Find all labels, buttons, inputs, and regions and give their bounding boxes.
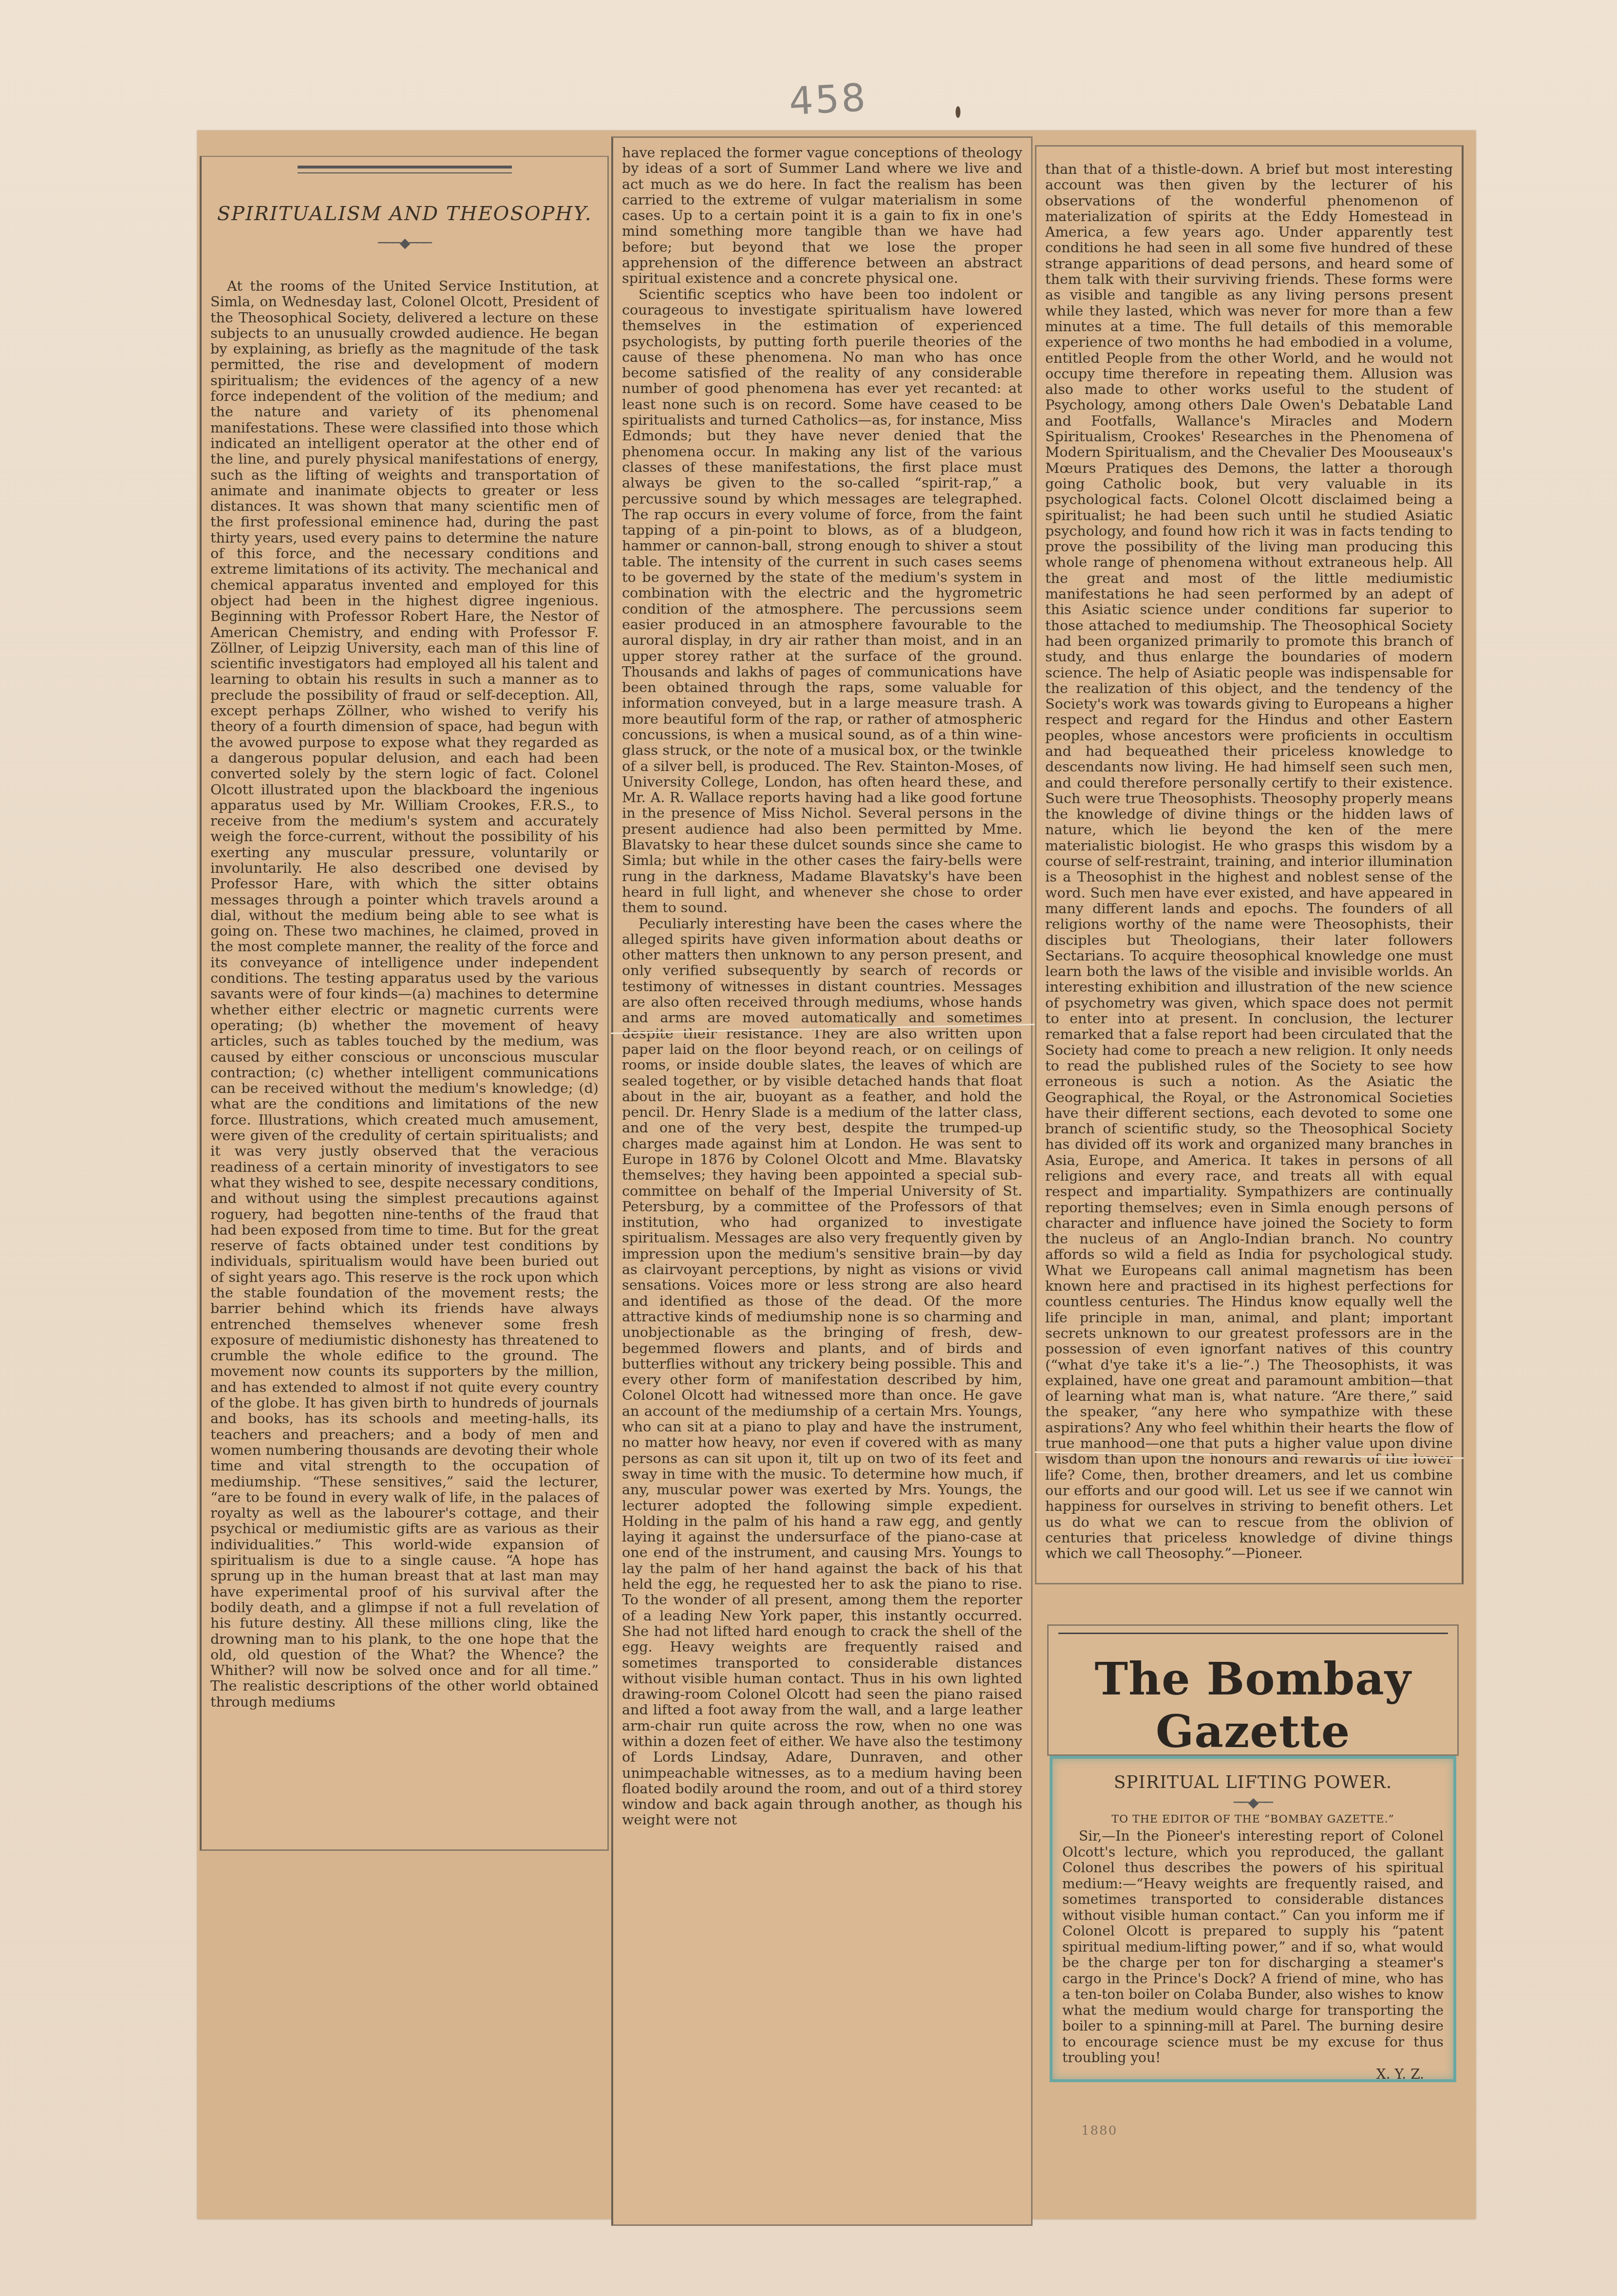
- faded-stamp: 1880: [1081, 2124, 1117, 2138]
- article-column-1: SPIRITUALISM AND THEOSOPHY. ───◆─── At t…: [200, 156, 609, 1851]
- paragraph: Scientific sceptics who have been too in…: [622, 286, 1022, 916]
- article-column-2: have replaced the former vague conceptio…: [611, 136, 1033, 2226]
- article-title: SPIRITUALISM AND THEOSOPHY.: [202, 203, 607, 225]
- handwritten-page-number: 458: [788, 76, 868, 124]
- paragraph: have replaced the former vague conceptio…: [622, 145, 1022, 286]
- letter-signature: X. Y. Z.: [1053, 2066, 1453, 2082]
- ornament-divider: ───◆───: [202, 235, 607, 251]
- ink-spot: [956, 106, 960, 118]
- article-column-3: than that of a thistle-down. A brief but…: [1035, 145, 1464, 1584]
- newspaper-masthead: The Bombay Gazette SATURDAY, OCTOBER 16,…: [1047, 1624, 1459, 1756]
- letter-body: Sir,—In the Pioneer's interesting report…: [1053, 1828, 1453, 2066]
- header-rule: [298, 166, 512, 173]
- newspaper-title: The Bombay Gazette: [1049, 1653, 1457, 1758]
- letter-title: SPIRITUAL LIFTING POWER.: [1053, 1772, 1453, 1792]
- masthead-top-rule: [1058, 1633, 1448, 1634]
- paragraph: Sir,—In the Pioneer's interesting report…: [1062, 1828, 1444, 2066]
- letter-salutation: TO THE EDITOR OF THE “BOMBAY GAZETTE.”: [1053, 1813, 1453, 1826]
- article-body: have replaced the former vague conceptio…: [613, 138, 1031, 1828]
- letter-to-editor: SPIRITUAL LIFTING POWER. ──◆── TO THE ED…: [1050, 1756, 1456, 2082]
- paragraph: than that of a thistle-down. A brief but…: [1045, 161, 1453, 1561]
- article-body: than that of a thistle-down. A brief but…: [1036, 147, 1462, 1561]
- paragraph: At the rooms of the United Service Insti…: [210, 278, 599, 1710]
- paragraph: Peculiarly interesting have been the cas…: [622, 916, 1022, 1828]
- ornament-divider: ──◆──: [1053, 1794, 1453, 1810]
- article-body: At the rooms of the United Service Insti…: [202, 259, 607, 1710]
